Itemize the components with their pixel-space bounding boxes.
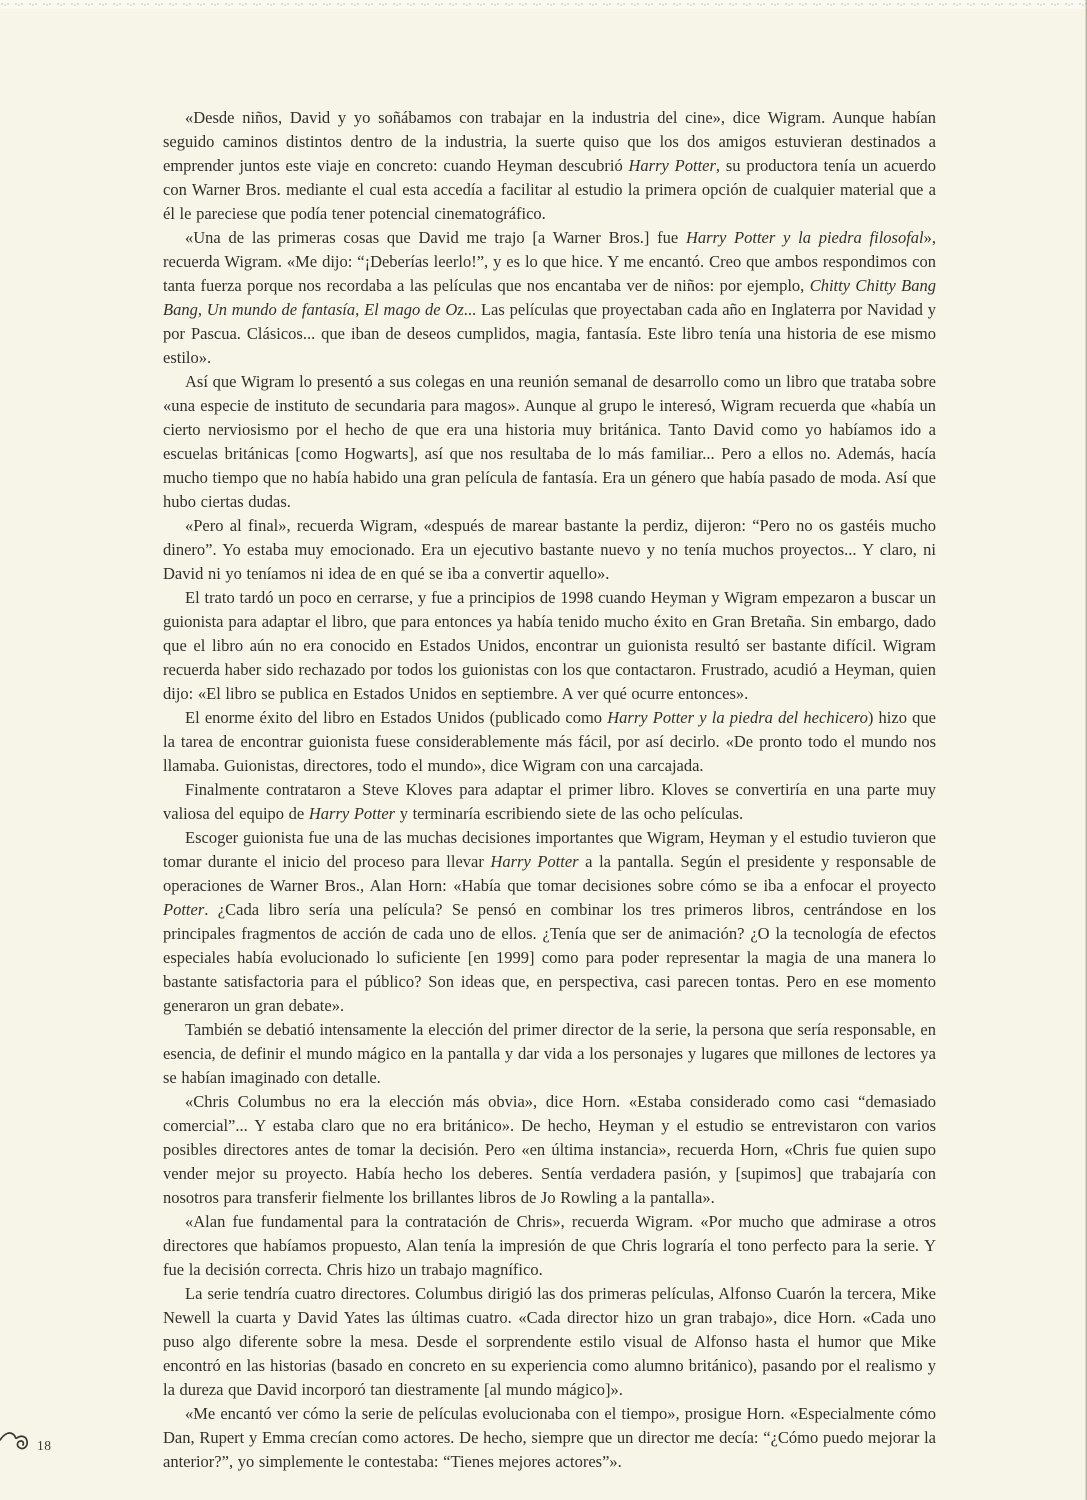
text-segment: También se debatió intensamente la elecc… (163, 1020, 936, 1087)
paragraph: El enorme éxito del libro en Estados Uni… (163, 706, 936, 778)
book-title-italic: Potter (163, 900, 204, 919)
body-text: «Desde niños, David y yo soñábamos con t… (163, 106, 936, 1474)
book-title-italic: Harry Potter (629, 156, 716, 175)
paragraph: Escoger guionista fue una de las muchas … (163, 826, 936, 1018)
book-title-italic: Harry Potter y la piedra filosofal (686, 228, 924, 247)
paragraph: «Pero al final», recuerda Wigram, «despu… (163, 514, 936, 586)
text-segment: «Una de las primeras cosas que David me … (185, 228, 686, 247)
text-segment: «Me encantó ver cómo la serie de películ… (163, 1404, 936, 1471)
book-title-italic: Un mundo de fantasía (207, 300, 355, 319)
perforation-dots-border (0, 2, 1087, 8)
book-title-italic: Harry Potter (490, 852, 578, 871)
text-segment: y terminaría escribiendo siete de las oc… (395, 804, 743, 823)
paragraph: «Chris Columbus no era la elección más o… (163, 1090, 936, 1210)
paragraph: Así que Wigram lo presentó a sus colegas… (163, 370, 936, 514)
text-segment: «Alan fue fundamental para la contrataci… (163, 1212, 936, 1279)
text-segment: «Chris Columbus no era la elección más o… (163, 1092, 936, 1207)
paragraph: «Alan fue fundamental para la contrataci… (163, 1210, 936, 1282)
paragraph: «Me encantó ver cómo la serie de películ… (163, 1402, 936, 1474)
book-page: «Desde niños, David y yo soñábamos con t… (0, 0, 1087, 1500)
paragraph: Finalmente contrataron a Steve Kloves pa… (163, 778, 936, 826)
book-title-italic: El mago de Oz (364, 300, 464, 319)
page-number: 18 (37, 1438, 52, 1454)
text-segment: . ¿Cada libro sería una película? Se pen… (163, 900, 936, 1015)
paragraph: El trato tardó un poco en cerrarse, y fu… (163, 586, 936, 706)
book-title-italic: Harry Potter (309, 804, 395, 823)
book-title-italic: Harry Potter y la piedra del hechicero (607, 708, 868, 727)
text-segment: El trato tardó un poco en cerrarse, y fu… (163, 588, 936, 703)
text-segment: «Pero al final», recuerda Wigram, «despu… (163, 516, 936, 583)
text-segment: , (355, 300, 364, 319)
flourish-icon (0, 1424, 34, 1464)
paragraph: «Desde niños, David y yo soñábamos con t… (163, 106, 936, 226)
text-segment: , (198, 300, 207, 319)
text-segment: El enorme éxito del libro en Estados Uni… (185, 708, 607, 727)
paragraph: «Una de las primeras cosas que David me … (163, 226, 936, 370)
text-segment: Así que Wigram lo presentó a sus colegas… (163, 372, 936, 511)
flourish-ornament (0, 1424, 34, 1464)
text-segment: La serie tendría cuatro directores. Colu… (163, 1284, 936, 1399)
paragraph: La serie tendría cuatro directores. Colu… (163, 1282, 936, 1402)
paragraph: También se debatió intensamente la elecc… (163, 1018, 936, 1090)
